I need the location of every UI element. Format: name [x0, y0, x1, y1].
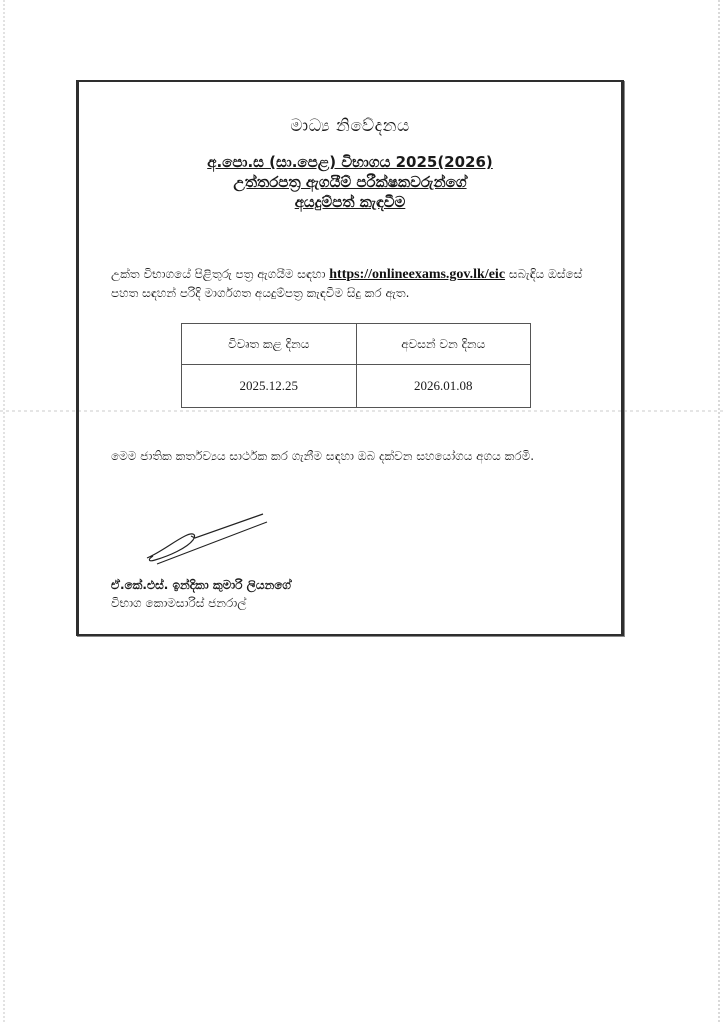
signatory-title: විභාග කොමසාරිස් ජනරාල්: [111, 594, 291, 612]
signature-icon: [143, 512, 273, 572]
notice-frame: මාධ්‍ය නිවේදනය අ.පො.ස (සා.පෙළ) විභාගය 20…: [76, 80, 624, 636]
dates-table: විවෘත කළ දිනය අවසන් වන දිනය 2025.12.25 2…: [181, 323, 531, 408]
title-block: මාධ්‍ය නිවේදනය අ.පො.ස (සා.පෙළ) විභාගය 20…: [79, 116, 621, 212]
closing-paragraph: මෙම ජාතික කර්තව්‍යය සාර්ථක කර ගැනීම සඳහා…: [111, 446, 597, 466]
table-row: 2025.12.25 2026.01.08: [182, 365, 531, 408]
header-closing-date: අවසන් වන දිනය: [356, 324, 531, 365]
signatory-block: ඒ.කේ.එස්. ඉන්දිකා කුමාරි ලියනගේ විභාග කො…: [111, 576, 291, 612]
body-paragraph: උක්ත විභාගයේ පිළිතුරු පත්‍ර ඇගයීම සඳහා h…: [111, 265, 597, 303]
closing-date-value: 2026.01.08: [356, 365, 531, 408]
header-opening-date: විවෘත කළ දිනය: [182, 324, 357, 365]
notice-title: මාධ්‍ය නිවේදනය: [79, 116, 621, 136]
body-text-before-link: උක්ත විභාගයේ පිළිතුරු පත්‍ර ඇගයීම සඳහා: [111, 267, 329, 281]
opening-date-value: 2025.12.25: [182, 365, 357, 408]
scan-artifact-left-edge: [3, 0, 5, 1024]
notice-subtitle-line-2: උත්තරපත්‍ර ඇගයීම් පරීක්ෂකවරුන්ගේ: [79, 172, 621, 192]
scan-artifact-right-edge: [718, 0, 720, 1024]
notice-subtitle-line-3: අයදුම්පත් කැඳවීම: [79, 192, 621, 212]
signatory-name: ඒ.කේ.එස්. ඉන්දිකා කුමාරි ලියනගේ: [111, 576, 291, 594]
notice-subtitle-line-1: අ.පො.ස (සා.පෙළ) විභාගය 2025(2026): [79, 152, 621, 172]
dates-table-header-row: විවෘත කළ දිනය අවසන් වන දිනය: [182, 324, 531, 365]
application-url-link[interactable]: https://onlineexams.gov.lk/eic: [329, 267, 505, 282]
